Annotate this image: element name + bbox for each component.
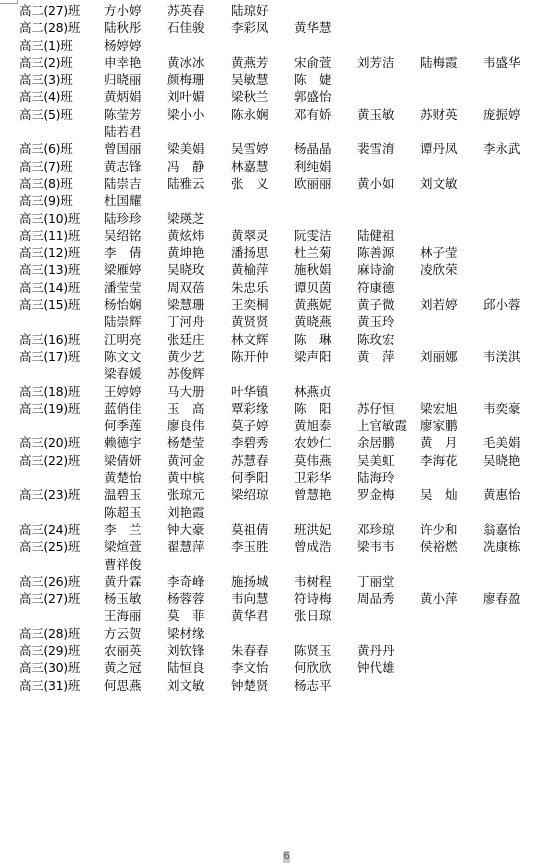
class-row: 高三(7)班黄志锋冯 静林嘉慧利纯娟 (19, 158, 549, 175)
class-label: 高三(2)班 (19, 54, 72, 71)
student-name: 丁丽堂 (357, 573, 395, 590)
student-name: 农丽英 (104, 642, 142, 659)
student-name: 刘叶媚 (167, 88, 205, 105)
student-name-list: 高二(27)班方小婷苏英春陆琼好高二(28)班陆秋彤石佳骏李彩凤黄华慧高三(1)… (19, 2, 549, 694)
student-name: 莫子婷 (231, 417, 269, 434)
student-name: 赖德宇 (104, 434, 142, 451)
student-name: 覃彩缘 (231, 400, 269, 417)
class-row-continuation: 陈超玉刘艳霞 (19, 504, 549, 521)
class-label: 高三(30)班 (19, 659, 80, 676)
student-name: 黄少艺 (167, 348, 205, 365)
class-row: 高三(12)班李 倩黄坤艳潘扬思杜兰菊陈善源林子莹 (19, 244, 549, 261)
student-name: 陆恒良 (167, 659, 205, 676)
student-name: 陆琼好 (231, 2, 269, 19)
student-name: 丁河舟 (167, 313, 205, 330)
student-name: 裴雪淯 (357, 140, 395, 157)
student-name: 冼康栋 (483, 538, 521, 555)
class-row: 高三(14)班潘莹莹周双蓓朱忠乐谭贝茵符康德 (19, 279, 549, 296)
student-name: 曾国丽 (104, 140, 142, 157)
student-name: 杨晶晶 (294, 140, 332, 157)
student-name: 韦向慧 (231, 590, 269, 607)
class-row-continuation: 梁春媛苏俊辉 (19, 365, 549, 382)
class-label: 高三(31)班 (19, 677, 80, 694)
student-name: 陆崇吉 (104, 175, 142, 192)
student-name: 曾慧艳 (294, 486, 332, 503)
student-name: 杨怡娴 (104, 296, 142, 313)
student-name: 李海花 (420, 452, 458, 469)
student-name: 李奇峰 (167, 573, 205, 590)
student-name: 林文辉 (231, 331, 269, 348)
student-name: 李文怡 (231, 659, 269, 676)
class-row: 高三(15)班杨怡娴梁慧珊王奕桐黄燕妮黄子微刘若婷邱小蓉 (19, 296, 549, 313)
student-name: 韦奕豪 (483, 400, 521, 417)
student-name: 毛美娟 (483, 434, 521, 451)
class-label: 高三(27)班 (19, 590, 80, 607)
class-label: 高三(29)班 (19, 642, 80, 659)
student-name: 周双蓓 (167, 279, 205, 296)
student-name: 罗金梅 (357, 486, 395, 503)
class-row: 高三(31)班何思燕刘文敏钟楚贤杨志平 (19, 677, 549, 694)
student-name: 何思燕 (104, 677, 142, 694)
student-name: 朱春春 (231, 642, 269, 659)
class-row: 高二(28)班陆秋彤石佳骏李彩凤黄华慧 (19, 19, 549, 36)
class-row: 高二(27)班方小婷苏英春陆琼好 (19, 2, 549, 19)
student-name: 许少和 (420, 521, 458, 538)
student-name: 黄燕芳 (231, 54, 269, 71)
student-name: 李 兰 (104, 521, 142, 538)
student-name: 李玉胜 (231, 538, 269, 555)
class-row: 高三(25)班梁煊萱翟慧萍李玉胜曾成浩梁韦韦侯裕燃冼康栋 (19, 538, 549, 555)
student-name: 陈玫宏 (357, 331, 395, 348)
class-row: 高三(8)班陆崇吉陆雅云张 义欧丽丽黄小如刘文敏 (19, 175, 549, 192)
class-label: 高三(5)班 (19, 106, 72, 123)
student-name: 吴雪婷 (231, 140, 269, 157)
class-label: 高三(11)班 (19, 227, 80, 244)
student-name: 欧丽丽 (294, 175, 332, 192)
student-name: 班洪妃 (294, 521, 332, 538)
class-row: 高三(29)班农丽英刘钦锋朱春春陈贤玉黄丹丹 (19, 642, 549, 659)
student-name: 钟楚贤 (231, 677, 269, 694)
student-name: 张日琼 (294, 607, 332, 624)
class-row: 高三(30)班黄之冠陆恒良李文怡何欣欣钟代雄 (19, 659, 549, 676)
class-label: 高三(19)班 (19, 400, 80, 417)
student-name: 林子莹 (420, 244, 458, 261)
student-name: 黄旭泰 (294, 417, 332, 434)
student-name: 石佳骏 (167, 19, 205, 36)
student-name: 黄炫炜 (167, 227, 205, 244)
student-name: 何季阳 (231, 469, 269, 486)
student-name: 凌欣荣 (420, 261, 458, 278)
student-name: 玉 高 (167, 400, 205, 417)
student-name: 黄之冠 (104, 659, 142, 676)
student-name: 梁材缘 (167, 625, 205, 642)
student-name: 梁声阳 (294, 348, 332, 365)
class-row: 高三(13)班梁雁婷吴晓玫黄榆萍施秋娟麻诗渝凌欣荣 (19, 261, 549, 278)
student-name: 冯 静 (167, 158, 205, 175)
student-name: 陈永娴 (231, 106, 269, 123)
student-name: 梁宏旭 (420, 400, 458, 417)
student-name: 方小婷 (104, 2, 142, 19)
student-name: 杜国耀 (104, 192, 142, 209)
student-name: 莫 菲 (167, 607, 205, 624)
student-name: 陈善源 (357, 244, 395, 261)
student-name: 刘钦锋 (167, 642, 205, 659)
class-label: 高三(1)班 (19, 37, 72, 54)
class-label: 高三(16)班 (19, 331, 80, 348)
student-name: 黄楚怡 (104, 469, 142, 486)
student-name: 施扬城 (231, 573, 269, 590)
student-name: 符康德 (357, 279, 395, 296)
student-name: 吴绍铭 (104, 227, 142, 244)
student-name: 张 义 (231, 175, 269, 192)
student-name: 郭盛怡 (294, 88, 332, 105)
class-row-continuation: 陆若君 (19, 123, 549, 140)
student-name: 陈贤玉 (294, 642, 332, 659)
student-name: 王海丽 (104, 607, 142, 624)
student-name: 黄坤艳 (167, 244, 205, 261)
student-name: 苏仔恒 (357, 400, 395, 417)
class-label: 高三(3)班 (19, 71, 72, 88)
student-name: 陆崇辉 (104, 313, 142, 330)
class-label: 高三(22)班 (19, 452, 80, 469)
student-name: 杨蓉蓉 (167, 590, 205, 607)
student-name: 颜梅珊 (167, 71, 205, 88)
class-label: 高三(20)班 (19, 434, 80, 451)
student-name: 李碧秀 (231, 434, 269, 451)
student-name: 上官敏霞 (357, 417, 407, 434)
student-name: 黄玉玲 (357, 313, 395, 330)
student-name: 刘芳洁 (357, 54, 395, 71)
student-name: 廖春盈 (483, 590, 521, 607)
class-label: 高三(26)班 (19, 573, 80, 590)
student-name: 黄河金 (167, 452, 205, 469)
class-row-continuation: 陆崇辉丁河舟黄贤贤黄晓燕黄玉玲 (19, 313, 549, 330)
class-label: 高三(24)班 (19, 521, 80, 538)
student-name: 张廷庄 (167, 331, 205, 348)
student-name: 阮雯洁 (294, 227, 332, 244)
class-label: 高三(17)班 (19, 348, 80, 365)
student-name: 黄贤贤 (231, 313, 269, 330)
student-name: 曾成浩 (294, 538, 332, 555)
student-name: 符诗梅 (294, 590, 332, 607)
class-label: 高三(13)班 (19, 261, 80, 278)
page-corner-mark (0, 3, 17, 4)
class-label: 高三(4)班 (19, 88, 72, 105)
student-name: 梁小小 (167, 106, 205, 123)
student-name: 申幸艳 (104, 54, 142, 71)
student-name: 陈 琳 (294, 331, 332, 348)
class-row: 高三(5)班陈莹芳梁小小陈永娴邓有娇黄玉敏苏财英庞振婷 (19, 106, 549, 123)
student-name: 黄榆萍 (231, 261, 269, 278)
student-name: 韦盛华 (483, 54, 521, 71)
student-name: 张琼元 (167, 486, 205, 503)
student-name: 黄华慧 (294, 19, 332, 36)
student-name: 黄丹丹 (357, 642, 395, 659)
student-name: 陈文文 (104, 348, 142, 365)
student-name: 黄炳娟 (104, 88, 142, 105)
student-name: 梁美娟 (167, 140, 205, 157)
student-name: 梁雁婷 (104, 261, 142, 278)
student-name: 何季莲 (104, 417, 142, 434)
class-row: 高三(16)班江明亮张廷庄林文辉陈 琳陈玫宏 (19, 331, 549, 348)
student-name: 莫伟燕 (294, 452, 332, 469)
student-name: 苏财英 (420, 106, 458, 123)
class-row: 高三(20)班赖德宇杨楚莹李碧秀农妙仁余居鹏黄 月毛美娟 (19, 434, 549, 451)
class-row: 高三(3)班归晓丽颜梅珊吴敏慧陈 婕 (19, 71, 549, 88)
student-name: 梁秋兰 (231, 88, 269, 105)
student-name: 翟慧萍 (167, 538, 205, 555)
student-name: 邓珍琼 (357, 521, 395, 538)
class-label: 高三(25)班 (19, 538, 80, 555)
student-name: 吴晓艳 (483, 452, 521, 469)
student-name: 庞振婷 (483, 106, 521, 123)
class-label: 高三(15)班 (19, 296, 80, 313)
student-name: 吴 灿 (420, 486, 458, 503)
student-name: 周品秀 (357, 590, 395, 607)
class-row: 高三(19)班蓝俏佳玉 高覃彩缘陈 阳苏仔恒梁宏旭韦奕豪 (19, 400, 549, 417)
student-name: 吴晓玫 (167, 261, 205, 278)
student-name: 梁春媛 (104, 365, 142, 382)
student-name: 叶华镇 (231, 383, 269, 400)
student-name: 钟大豪 (167, 521, 205, 538)
student-name: 吴美虹 (357, 452, 395, 469)
student-name: 陆雅云 (167, 175, 205, 192)
student-name: 杨志平 (294, 677, 332, 694)
student-name: 翁嘉怡 (483, 521, 521, 538)
student-name: 朱忠乐 (231, 279, 269, 296)
page-corner-mark (17, 0, 18, 4)
class-row: 高三(27)班杨玉敏杨蓉蓉韦向慧符诗梅周品秀黄小萍廖春盈 (19, 590, 549, 607)
class-row: 高三(26)班黄升霖李奇峰施扬城韦树程丁丽堂 (19, 573, 549, 590)
student-name: 陈 阳 (294, 400, 332, 417)
student-name: 黄燕妮 (294, 296, 332, 313)
student-name: 陆健祖 (357, 227, 395, 244)
student-name: 谭丹凤 (420, 140, 458, 157)
student-name: 施秋娟 (294, 261, 332, 278)
student-name: 黄华君 (231, 607, 269, 624)
student-name: 杨婷婷 (104, 37, 142, 54)
student-name: 侯裕燃 (420, 538, 458, 555)
student-name: 陈超玉 (104, 504, 142, 521)
student-name: 韦渼淇 (483, 348, 521, 365)
class-row: 高三(23)班温碧玉张琼元梁绍琼曾慧艳罗金梅吴 灿黄惠怡 (19, 486, 549, 503)
student-name: 陆珍珍 (104, 210, 142, 227)
class-label: 高三(28)班 (19, 625, 80, 642)
student-name: 杨楚莹 (167, 434, 205, 451)
student-name: 苏慧春 (231, 452, 269, 469)
student-name: 李彩凤 (231, 19, 269, 36)
student-name: 梁倩妍 (104, 452, 142, 469)
student-name: 林嘉慧 (231, 158, 269, 175)
student-name: 梁绍琼 (231, 486, 269, 503)
class-row: 高三(22)班梁倩妍黄河金苏慧春莫伟燕吴美虹李海花吴晓艳 (19, 452, 549, 469)
student-name: 陈开仲 (231, 348, 269, 365)
student-name: 归晓丽 (104, 71, 142, 88)
class-row-continuation: 王海丽莫 菲黄华君张日琼 (19, 607, 549, 624)
student-name: 黄中槟 (167, 469, 205, 486)
class-label: 高三(14)班 (19, 279, 80, 296)
student-name: 李永武 (483, 140, 521, 157)
student-name: 黄子微 (357, 296, 395, 313)
student-name: 卫彩华 (294, 469, 332, 486)
class-row: 高三(9)班杜国耀 (19, 192, 549, 209)
student-name: 苏英春 (167, 2, 205, 19)
student-name: 黄升霖 (104, 573, 142, 590)
student-name: 杨玉敏 (104, 590, 142, 607)
student-name: 马大册 (167, 383, 205, 400)
student-name: 刘丽娜 (420, 348, 458, 365)
class-row: 高三(10)班陆珍珍梁瑛芝 (19, 210, 549, 227)
student-name: 方云贺 (104, 625, 142, 642)
student-name: 韦树程 (294, 573, 332, 590)
class-label: 高三(10)班 (19, 210, 80, 227)
student-name: 黄小萍 (420, 590, 458, 607)
student-name: 黄小如 (357, 175, 395, 192)
student-name: 刘艳霞 (167, 504, 205, 521)
class-row: 高三(11)班吴绍铭黄炫炜黄翠灵阮雯洁陆健祖 (19, 227, 549, 244)
student-name: 谭贝茵 (294, 279, 332, 296)
class-row: 高三(28)班方云贺梁材缘 (19, 625, 549, 642)
class-row: 高三(1)班杨婷婷 (19, 37, 549, 54)
student-name: 潘莹莹 (104, 279, 142, 296)
student-name: 黄 月 (420, 434, 458, 451)
student-name: 利纯娟 (294, 158, 332, 175)
student-name: 蓝俏佳 (104, 400, 142, 417)
student-name: 梁煊萱 (104, 538, 142, 555)
student-name: 余居鹏 (357, 434, 395, 451)
student-name: 邱小蓉 (483, 296, 521, 313)
student-name: 苏俊辉 (167, 365, 205, 382)
student-name: 陆若君 (104, 123, 142, 140)
class-label: 高三(7)班 (19, 158, 72, 175)
student-name: 江明亮 (104, 331, 142, 348)
page-number: 6 (283, 851, 290, 863)
student-name: 林燕贞 (294, 383, 332, 400)
student-name: 黄志锋 (104, 158, 142, 175)
student-name: 钟代雄 (357, 659, 395, 676)
student-name: 李 倩 (104, 244, 142, 261)
student-name: 黄玉敏 (357, 106, 395, 123)
student-name: 陆梅霞 (420, 54, 458, 71)
class-label: 高三(23)班 (19, 486, 80, 503)
student-name: 梁慧珊 (167, 296, 205, 313)
class-label: 高三(9)班 (19, 192, 72, 209)
student-name: 农妙仁 (294, 434, 332, 451)
student-name: 廖家鹏 (420, 417, 458, 434)
student-name: 陈莹芳 (104, 106, 142, 123)
student-name: 陆海玲 (357, 469, 395, 486)
student-name: 陈 婕 (294, 71, 332, 88)
class-row-continuation: 黄楚怡黄中槟何季阳卫彩华陆海玲 (19, 469, 549, 486)
student-name: 刘文敏 (167, 677, 205, 694)
student-name: 何欣欣 (294, 659, 332, 676)
student-name: 麻诗渝 (357, 261, 395, 278)
class-label: 高三(8)班 (19, 175, 72, 192)
student-name: 宋俞萱 (294, 54, 332, 71)
student-name: 黄冰冰 (167, 54, 205, 71)
student-name: 吴敏慧 (231, 71, 269, 88)
class-label: 高二(28)班 (19, 19, 80, 36)
student-name: 黄翠灵 (231, 227, 269, 244)
class-row: 高三(4)班黄炳娟刘叶媚梁秋兰郭盛怡 (19, 88, 549, 105)
class-row: 高三(24)班李 兰钟大豪莫祖倩班洪妃邓珍琼许少和翁嘉怡 (19, 521, 549, 538)
student-name: 王奕桐 (231, 296, 269, 313)
class-row: 高三(17)班陈文文黄少艺陈开仲梁声阳黄 萍刘丽娜韦渼淇 (19, 348, 549, 365)
student-name: 廖良伟 (167, 417, 205, 434)
student-name: 邓有娇 (294, 106, 332, 123)
student-name: 梁韦韦 (357, 538, 395, 555)
class-row: 高三(6)班曾国丽梁美娟吴雪婷杨晶晶裴雪淯谭丹凤李永武 (19, 140, 549, 157)
class-label: 高二(27)班 (19, 2, 80, 19)
student-name: 黄 萍 (357, 348, 395, 365)
student-name: 黄晓燕 (294, 313, 332, 330)
student-name: 刘若婷 (420, 296, 458, 313)
student-name: 潘扬思 (231, 244, 269, 261)
student-name: 王婷婷 (104, 383, 142, 400)
student-name: 温碧玉 (104, 486, 142, 503)
class-label: 高三(18)班 (19, 383, 80, 400)
student-name: 刘文敏 (420, 175, 458, 192)
class-row-continuation: 曹祥俊 (19, 556, 549, 573)
student-name: 黄惠怡 (483, 486, 521, 503)
student-name: 梁瑛芝 (167, 210, 205, 227)
student-name: 曹祥俊 (104, 556, 142, 573)
class-row: 高三(18)班王婷婷马大册叶华镇林燕贞 (19, 383, 549, 400)
class-label: 高三(6)班 (19, 140, 72, 157)
class-label: 高三(12)班 (19, 244, 80, 261)
student-name: 莫祖倩 (231, 521, 269, 538)
class-row-continuation: 何季莲廖良伟莫子婷黄旭泰上官敏霞廖家鹏 (19, 417, 549, 434)
student-name: 陆秋彤 (104, 19, 142, 36)
class-row: 高三(2)班申幸艳黄冰冰黄燕芳宋俞萱刘芳洁陆梅霞韦盛华 (19, 54, 549, 71)
student-name: 杜兰菊 (294, 244, 332, 261)
